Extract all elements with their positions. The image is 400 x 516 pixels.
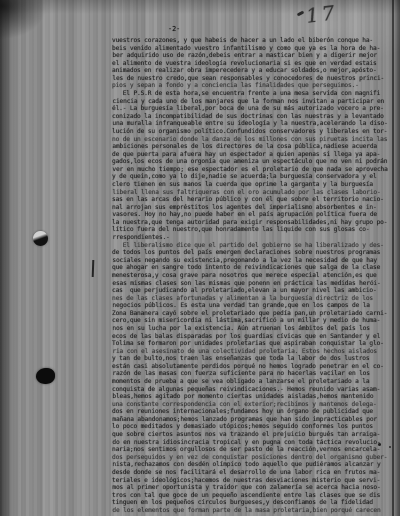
punch-hole-top	[33, 231, 48, 246]
text-line: ambiciones personales de los directores …	[112, 143, 400, 151]
text-line: mos al primer oportunista y traidor que …	[112, 484, 400, 492]
margin-pen-mark	[92, 260, 95, 277]
text-line: nes de las clases afortunadas y alimenta…	[112, 295, 400, 303]
pen-tick-mark	[297, 11, 305, 17]
text-line: una muralla infranqueable entre su ideol…	[112, 120, 400, 128]
text-line: dos en reuniones internacionales;fundamo…	[112, 408, 400, 416]
text-line: sas en las arcas del herario público y c…	[112, 196, 400, 204]
text-line: rrespondientes.-	[112, 234, 400, 242]
text-line: él.- La burguesía liberal,por boca de un…	[112, 105, 400, 113]
text-line: esas mismas clases son las mismas que po…	[112, 280, 400, 288]
text-line: nal arrojan sus empréstitos los agentes …	[112, 204, 400, 212]
text-line: beis venido alimentado vuestro infantili…	[112, 45, 400, 53]
text-line: ria con el asesinato de una colectividad…	[112, 348, 400, 356]
text-line: vuestros corazones, y que habeis de hace…	[112, 37, 400, 45]
text-line: razón de las masas con fuerza suficiente…	[112, 370, 400, 378]
text-line: pios y sepan a fondo y a conciencia las …	[112, 82, 400, 90]
scanned-document-page: 17 -2- vuestros corazones, y que habeis …	[0, 0, 400, 516]
text-line: y de quein,como ya lo dije,nadie se acue…	[112, 173, 400, 181]
text-line: animados en realizar obra imperecedera y…	[112, 67, 400, 75]
text-line: y tan de bulto,nos traen las enseñanzas …	[112, 355, 400, 363]
text-line: momentos de prueba a que se vea obligado…	[112, 378, 400, 386]
typewritten-text-block: vuestros corazones, y que habeis de hace…	[112, 37, 400, 514]
text-line: ber adquirido uso de razón,debeis entrar…	[112, 52, 400, 60]
text-line: de todos los puntos del país emergen dec…	[112, 249, 400, 257]
text-line: naria;nos sentimos orgullosos de ser pas…	[112, 446, 400, 454]
text-line: clero tienen en sus manos la cuerda que …	[112, 181, 400, 189]
text-line: desde donde se nos facilitará el desarro…	[112, 469, 400, 477]
text-line: están casi absolutamente perdidos porqué…	[112, 363, 400, 371]
text-line: El P.S.R de esta hora,se encuentra frent…	[112, 90, 400, 98]
text-line: cero,que sin misericordia ni lástima,sac…	[112, 317, 400, 325]
text-line: ciencia y cada uno de los manjares que l…	[112, 98, 400, 106]
text-line: mañana abandonamos;hemos lanzado program…	[112, 416, 400, 424]
text-line: de los elementos que forman parte de la …	[112, 507, 400, 515]
text-line: lución de su organismo político.Confundi…	[112, 128, 400, 136]
text-line: do en nuestra idiosincracia tropical y e…	[112, 439, 400, 447]
text-line: dos perseguidos y en vez de conquistar p…	[112, 454, 400, 462]
text-line: lo poco meditados y demasiado utópicos;h…	[112, 423, 400, 431]
text-line: vasores. Hoy no hay,no puede haber en el…	[112, 211, 400, 219]
text-line: El liberalismo dice que el partido del g…	[112, 242, 400, 250]
text-line: conquista de algunas pequeñas reivindica…	[112, 386, 400, 394]
text-line: bleas,hemos agitado por momento ciertas …	[112, 393, 400, 401]
text-line: no de un escenario donde la danza de los…	[112, 136, 400, 144]
text-line: ecos de las balas disparadas por los gua…	[112, 333, 400, 341]
text-line: sociales negando su existencia,pregonand…	[112, 257, 400, 265]
handwritten-folio-number: 17	[305, 0, 339, 28]
text-line: que ahogar en sangre todo intento de rei…	[112, 264, 400, 272]
text-line: menesterosa,y cosa grave para nosotros q…	[112, 272, 400, 280]
text-line: Tolima se formaron por unidades proletar…	[112, 340, 400, 348]
punch-hole-bottom	[36, 368, 55, 384]
text-line: gados,los ecos de una orgonía que ameniz…	[112, 158, 400, 166]
text-line: nos en su lucha por la existencia. Aún a…	[112, 325, 400, 333]
text-line: ver en mucho tiempo; ese espectador es e…	[112, 166, 400, 174]
text-line: conizado la incompatibilidad de sus doct…	[112, 113, 400, 121]
text-line: lítico fuera del nuestro,que honradament…	[112, 226, 400, 234]
text-line: tinguen en los pequeños círculos burgues…	[112, 499, 400, 507]
text-line: liberal llena sus faltriqueras con el or…	[112, 189, 400, 197]
text-line: cas que perjudicando al proletariado,ele…	[112, 287, 400, 295]
text-line: negocios públicos. Es esta una verdad ta…	[112, 302, 400, 310]
page-number: -2-	[168, 25, 180, 33]
text-line: nista,rechazamos con desdén olímpico tod…	[112, 461, 400, 469]
text-line: una constante correspondencia con el ext…	[112, 401, 400, 409]
text-line: teriales e ideológicos;hacemos de nuestr…	[112, 477, 400, 485]
text-line: que sobre ciertos asuntos nos va trazand…	[112, 431, 400, 439]
